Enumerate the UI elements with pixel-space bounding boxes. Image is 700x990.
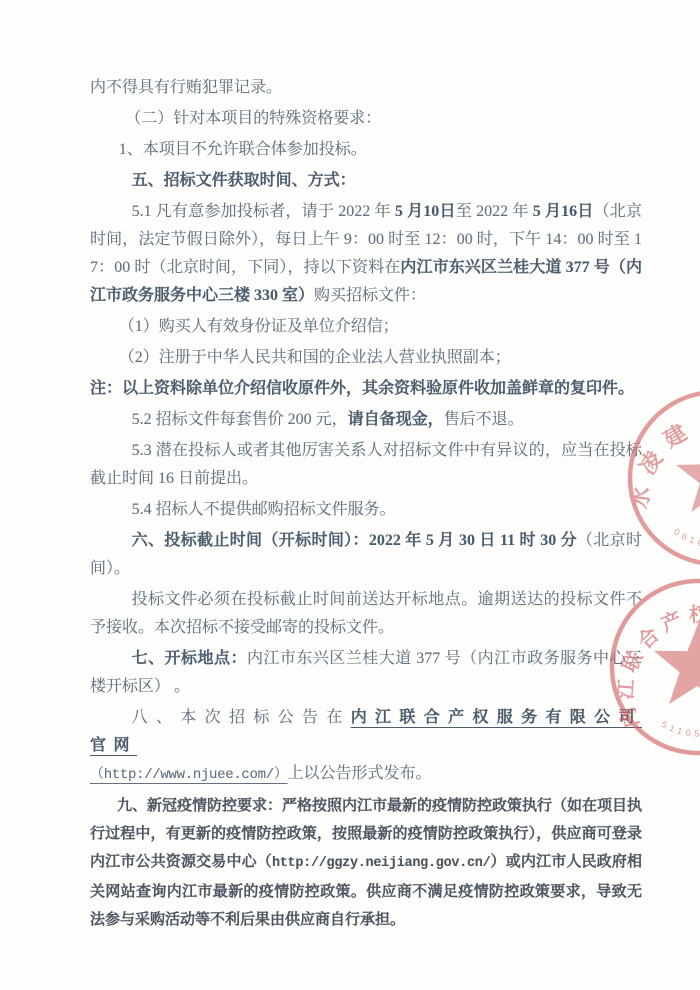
paragraph-deadline-note: 投标文件必须在投标截止时间前送达开标地点。逾期送达的投标文件不予接收。本次招标不…: [90, 586, 642, 642]
text-5-1-to: 至 2022 年: [456, 203, 533, 220]
text-announcement-intro: 八、本次招标公告在: [132, 709, 351, 726]
svg-text:5110553: 5110553: [658, 707, 700, 749]
document-body: 内不得具有行贿犯罪记录。 （二）针对本项目的特殊资格要求： 1、本项目不允许联合…: [90, 74, 642, 937]
paragraph-no-consortium: 1、本项目不允许联合体参加投标。: [90, 136, 642, 164]
seal2-star-icon: [652, 618, 700, 706]
paragraph-section-9: 九、新冠疫情防控要求：严格按照内江市最新的疫情防控政策执行（如在项目执行过程中，…: [90, 792, 642, 934]
paragraph-section-8: 八、本次招标公告在内江联合产权服务有限公司官网（http://www.njuee…: [90, 704, 642, 789]
resource-center-url: http://ggzy.neijiang.gov.cn/: [272, 856, 490, 871]
heading-bid-opening-place: 七、开标地点：: [132, 650, 247, 667]
seal1-star-icon: [676, 436, 700, 512]
svg-text:0610881: 0610881: [671, 518, 700, 558]
paragraph-section-7: 七、开标地点：内江市东兴区兰桂大道 377 号（内江市政务服务中心三楼开标区） …: [90, 645, 642, 701]
paragraph-5-3: 5.3 潜在投标人或者其他厉害关系人对招标文件中有异议的，应当在投标截止时间 1…: [90, 437, 642, 493]
paragraph-required-doc-1: （1）购买人有效身份证及单位介绍信；: [90, 313, 642, 341]
heading-section-5: 五、招标文件获取时间、方式：: [90, 167, 642, 195]
text-5-1-tail: 购买招标文件：: [314, 287, 426, 304]
paragraph-5-2: 5.2 招标文件每套售价 200 元，请自备现金，售后不退。: [90, 406, 642, 434]
date-end: 5 月16日: [533, 203, 594, 220]
text-5-1-intro: 5.1 凡有意参加投标者，请于 2022 年: [132, 203, 395, 220]
paragraph-note: 注：以上资料除单位介绍信收原件外，其余资料验原件收加盖鲜章的复印件。: [90, 375, 642, 403]
scanned-tender-page: 内不得具有行贿犯罪记录。 （二）针对本项目的特殊资格要求： 1、本项目不允许联合…: [0, 0, 700, 990]
text-announcement-tail: 上以公告形式发布。: [288, 765, 432, 782]
text-cash-only: 请自备现金，: [348, 411, 444, 428]
publisher-website-url: （http://www.njuee.com/）: [90, 767, 288, 783]
paragraph-5-4: 5.4 招标人不提供邮购招标文件服务。: [90, 496, 642, 524]
text-no-refund: 售后不退。: [444, 411, 524, 428]
paragraph-section-6: 六、投标截止时间（开标时间）：2022 年 5 月 30 日 11 时 30 分…: [90, 527, 642, 583]
paragraph-5-1: 5.1 凡有意参加投标者，请于 2022 年 5 月10日至 2022 年 5 …: [90, 198, 642, 310]
date-start: 5 月10日: [395, 203, 456, 220]
text-5-2-price: 5.2 招标文件每套售价 200 元，: [132, 411, 348, 428]
seal1-serial-number: 0610881: [671, 518, 700, 558]
paragraph-required-doc-2: （2）注册于中华人民共和国的企业法人营业执照副本；: [90, 344, 642, 372]
paragraph-special-requirements: （二）针对本项目的特殊资格要求：: [90, 105, 642, 133]
seal2-serial-number: 5110553: [658, 707, 700, 749]
paragraph-carryover: 内不得具有行贿犯罪记录。: [90, 74, 642, 102]
bid-deadline-datetime: 六、投标截止时间（开标时间）：2022 年 5 月 30 日 11 时 30 分: [132, 532, 577, 549]
